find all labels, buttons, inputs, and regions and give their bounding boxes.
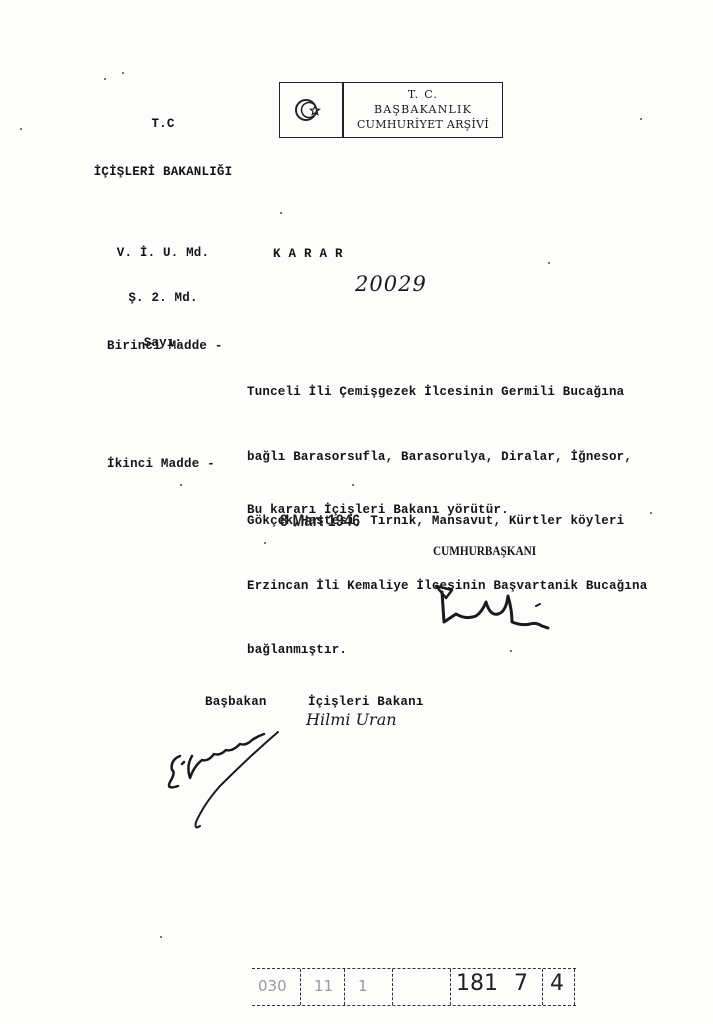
strip-handwritten-1: 181: [456, 971, 498, 996]
president-signature: [432, 582, 562, 642]
date-stamp: 8 Mart 1946: [280, 511, 360, 531]
archive-number-strip: 030 11 1 181 7 4: [252, 968, 576, 1006]
letterhead-directorate: V. İ. U. Md.: [78, 246, 248, 261]
letterhead-tc: T.C: [78, 116, 248, 132]
strip-faded-3: 1: [358, 977, 368, 995]
scan-speck: [650, 512, 652, 514]
stamp-divider: [342, 83, 344, 137]
archive-stamp: T. C. BAŞBAKANLIK CUMHURİYET ARŞİVİ: [279, 82, 503, 138]
letterhead: T.C İÇİŞLERİ BAKANLIĞI V. İ. U. Md. Ş. 2…: [78, 84, 248, 413]
scan-speck: [264, 542, 266, 544]
scan-speck: [280, 212, 282, 214]
scan-speck: [122, 72, 124, 74]
letterhead-ministry: İÇİŞLERİ BAKANLIĞI: [78, 164, 248, 180]
strip-divider: [450, 969, 451, 1005]
article-1-line: Tunceli İli Çemişgezek İlcesinin Germili…: [247, 382, 647, 404]
article-1-label: Birinci Madde -: [107, 339, 223, 353]
strip-handwritten-3: 4: [550, 971, 564, 996]
decision-heading: KARAR: [273, 247, 351, 261]
stamp-tc: T. C.: [346, 87, 500, 102]
strip-divider: [392, 969, 393, 1005]
strip-divider: [344, 969, 345, 1005]
scan-speck: [548, 262, 550, 264]
prime-minister-title: Başbakan: [205, 695, 267, 709]
scan-speck: [510, 650, 512, 652]
scan-speck: [160, 936, 162, 938]
interior-minister-signature: Hilmi Uran: [306, 710, 397, 729]
prime-minister-signature: [160, 726, 290, 836]
interior-minister-title: İçişleri Bakanı: [308, 695, 424, 709]
strip-faded-2: 11: [314, 977, 333, 995]
stamp-basbakanlik: BAŞBAKANLIK: [346, 102, 500, 117]
scan-speck: [20, 128, 22, 130]
strip-divider: [574, 969, 575, 1005]
strip-faded-1: 030: [258, 977, 287, 995]
strip-divider: [542, 969, 543, 1005]
stamp-archive: CUMHURİYET ARŞİVİ: [346, 117, 500, 132]
article-2-label: İkinci Madde -: [107, 457, 215, 471]
scan-speck: [104, 78, 106, 80]
scan-speck: [180, 484, 182, 486]
scan-speck: [640, 118, 642, 120]
article-1-line: bağlanmıştır.: [247, 640, 647, 662]
strip-handwritten-2: 7: [514, 971, 528, 996]
document-page: T.C İÇİŞLERİ BAKANLIĞI V. İ. U. Md. Ş. 2…: [0, 0, 713, 1024]
strip-divider: [300, 969, 301, 1005]
scan-speck: [352, 484, 354, 486]
decision-number: 20029: [355, 272, 427, 296]
president-title: CUMHURBAŞKANI: [433, 544, 536, 559]
crescent-star-icon: [294, 96, 322, 124]
letterhead-branch: Ş. 2. Md.: [78, 291, 248, 306]
